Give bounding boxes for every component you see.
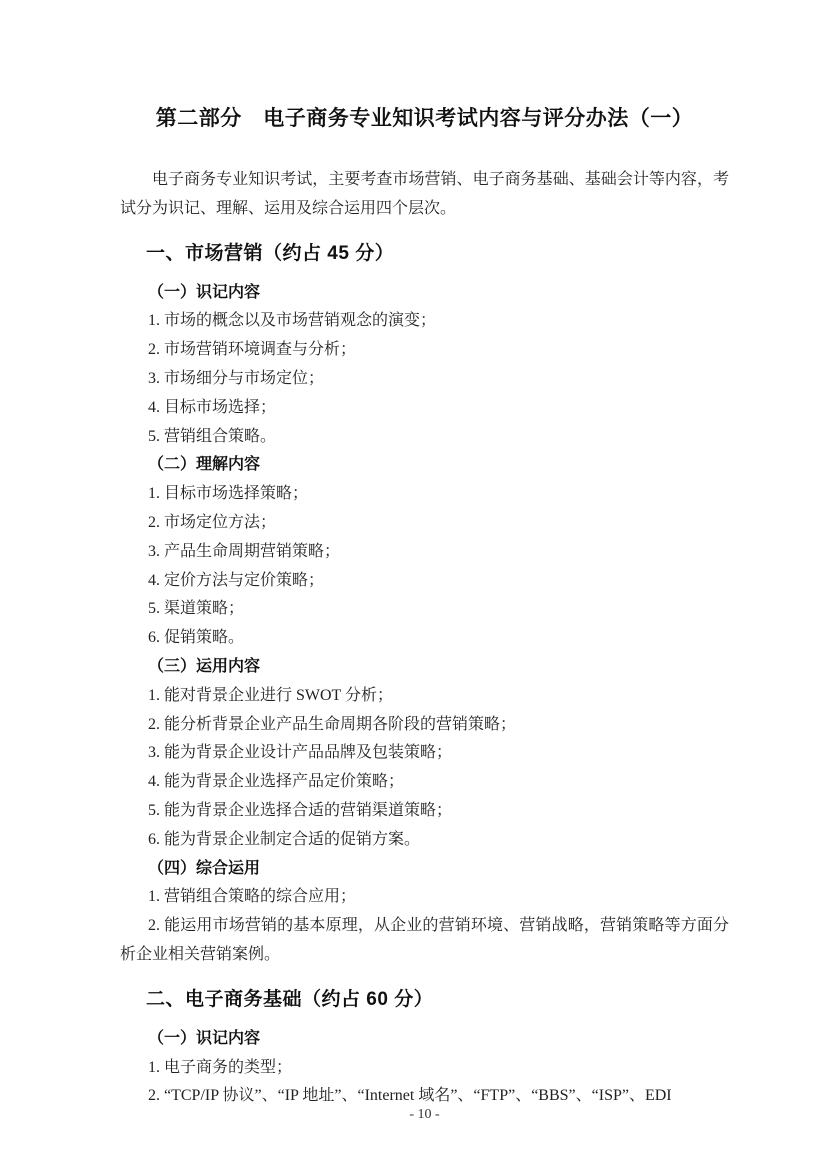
subsection-heading: （三）运用内容 [120, 653, 729, 682]
subsection-heading: （四）综合运用 [120, 855, 729, 884]
subsection-heading: （二）理解内容 [120, 451, 729, 480]
list-item: 4. 定价方法与定价策略； [120, 567, 729, 596]
section: 二、电子商务基础（约占 60 分）（一）识记内容1. 电子商务的类型；2. “T… [120, 985, 729, 1111]
list-item: 1. 市场的概念以及市场营销观念的演变； [120, 307, 729, 336]
list-item: 2. 市场营销环境调查与分析； [120, 336, 729, 365]
document-title: 第二部分 电子商务专业知识考试内容与评分办法（一） [120, 104, 729, 134]
intro-paragraph: 电子商务专业知识考试，主要考查市场营销、电子商务基础、基础会计等内容，考试分为识… [120, 166, 729, 224]
list-item: 2. 能分析背景企业产品生命周期各阶段的营销策略； [120, 711, 729, 740]
sections-container: 一、市场营销（约占 45 分）（一）识记内容1. 市场的概念以及市场营销观念的演… [120, 239, 729, 1112]
document-page: 第二部分 电子商务专业知识考试内容与评分办法（一） 电子商务专业知识考试，主要考… [0, 0, 826, 1169]
page-number: - 10 - [409, 1107, 439, 1122]
list-item: 1. 能对背景企业进行 SWOT 分析； [120, 682, 729, 711]
list-item: 6. 能为背景企业制定合适的促销方案。 [120, 826, 729, 855]
list-item: 5. 营销组合策略。 [120, 423, 729, 452]
page-content: 第二部分 电子商务专业知识考试内容与评分办法（一） 电子商务专业知识考试，主要考… [120, 0, 729, 1111]
list-item: 1. 电子商务的类型； [120, 1054, 729, 1083]
list-item: 1. 营销组合策略的综合应用； [120, 883, 729, 912]
section-heading: 一、市场营销（约占 45 分） [120, 239, 729, 269]
list-item: 3. 产品生命周期营销策略； [120, 538, 729, 567]
list-item: 4. 能为背景企业选择产品定价策略； [120, 768, 729, 797]
list-item: 5. 能为背景企业选择合适的营销渠道策略； [120, 797, 729, 826]
subsection-heading: （一）识记内容 [120, 1025, 729, 1054]
list-item: 6. 促销策略。 [120, 624, 729, 653]
list-item: 3. 市场细分与市场定位； [120, 365, 729, 394]
list-item: 5. 渠道策略； [120, 595, 729, 624]
subsection-heading: （一）识记内容 [120, 279, 729, 308]
section-heading: 二、电子商务基础（约占 60 分） [120, 985, 729, 1015]
list-item: 2. 市场定位方法； [120, 509, 729, 538]
list-item: 1. 目标市场选择策略； [120, 480, 729, 509]
section: 一、市场营销（约占 45 分）（一）识记内容1. 市场的概念以及市场营销观念的演… [120, 239, 729, 970]
page-footer: - 10 - [120, 1105, 729, 1125]
list-item: 4. 目标市场选择； [120, 394, 729, 423]
list-item: 3. 能为背景企业设计产品品牌及包装策略； [120, 739, 729, 768]
list-item: 2. 能运用市场营销的基本原理，从企业的营销环境、营销战略，营销策略等方面分析企… [120, 912, 729, 970]
